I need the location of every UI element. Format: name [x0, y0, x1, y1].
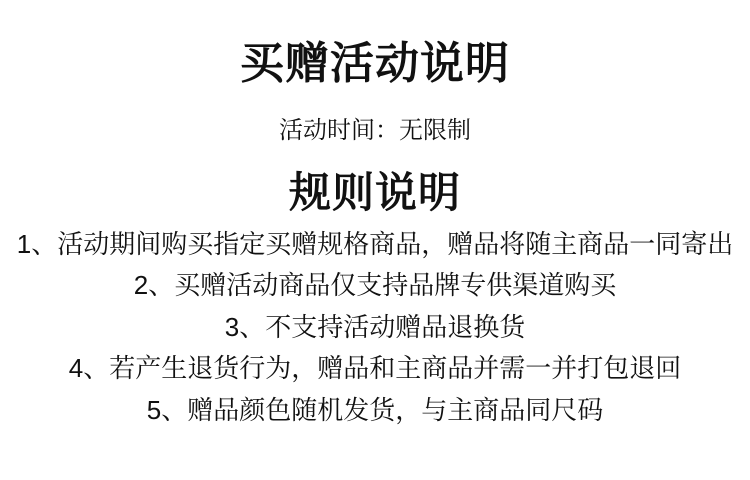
page-title: 买赠活动说明: [0, 0, 750, 91]
rule-item-3: 3、不支持活动赠品退换货: [0, 307, 750, 349]
rule-item-2: 2、买赠活动商品仅支持品牌专供渠道购买: [0, 265, 750, 307]
promo-rules-page: 买赠活动说明 活动时间：无限制 规则说明 1、活动期间购买指定买赠规格商品，赠品…: [0, 0, 750, 480]
activity-time-text: 活动时间：无限制: [0, 117, 750, 146]
rule-item-1: 1、活动期间购买指定买赠规格商品，赠品将随主商品一同寄出: [0, 224, 750, 266]
rule-item-4: 4、若产生退货行为，赠品和主商品并需一并打包退回: [0, 348, 750, 390]
section-title: 规则说明: [0, 168, 750, 218]
rules-list: 1、活动期间购买指定买赠规格商品，赠品将随主商品一同寄出 2、买赠活动商品仅支持…: [0, 224, 750, 432]
rule-item-5: 5、赠品颜色随机发货，与主商品同尺码: [0, 390, 750, 432]
